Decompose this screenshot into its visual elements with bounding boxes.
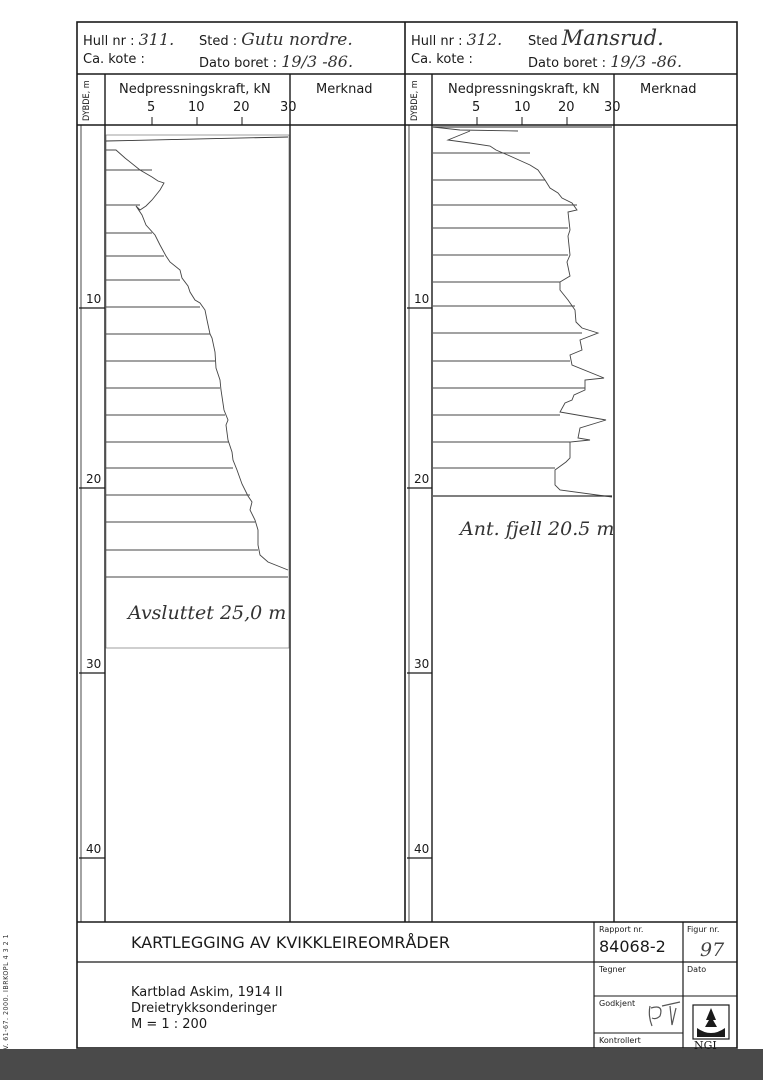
depth-tick-20: 20 [414,472,429,486]
hole-number-value: 311. [139,30,175,49]
depth-axis-label: DYBDE, m [410,80,420,121]
site-name: Mansrud. [562,26,664,50]
site-name: Gutu nordre. [241,30,353,50]
approval-signature [649,1002,680,1026]
date-label: Dato boret : [199,56,277,71]
ngi-logo-icon [693,1005,729,1039]
force-axis-label: Nedpressningskraft, kN [448,82,600,97]
project-title: KARTLEGGING AV KVIKKLEIREOMRÅDER [131,933,450,952]
drawing-frame [0,0,763,1080]
force-axis-label: Nedpressningskraft, kN [119,82,271,97]
depth-axis-label: DYBDE, m [82,80,92,121]
depth-tick-10: 10 [86,292,101,306]
depth-tick-20: 20 [86,472,101,486]
remarks-label: Merknad [640,82,697,97]
hole-311-date: Dato boret : 19/3 -86. [199,52,353,71]
remarks-label: Merknad [316,82,373,97]
hole-311-trace [106,135,289,648]
drawn-by-label: Tegner [599,965,626,974]
date-value: 19/3 -86. [610,52,682,71]
report-number: 84068-2 [599,937,666,956]
date-value: 19/3 -86. [281,52,353,71]
force-tick-5: 5 [147,100,155,115]
elevation-label: Ca. kote : [83,52,145,67]
site-label: Sted : [199,34,237,49]
figure-number-label: Figur nr. [687,925,719,934]
force-tick-10: 10 [188,100,205,115]
depth-tick-40: 40 [86,842,101,856]
hole-311-header: Hull nr : 311. [83,30,174,49]
force-tick-30: 30 [604,100,621,115]
bottom-bar [0,1049,763,1080]
hole-312-date: Dato boret : 19/3 -86. [528,52,682,71]
site-label: Sted [528,34,558,49]
force-tick-30: 30 [280,100,297,115]
hole-312-trace [433,127,612,497]
hole-number-value: 312. [467,30,503,49]
description-line-1: Kartblad Askim, 1914 II [131,985,283,1000]
elevation-label: Ca. kote : [411,52,473,67]
depth-tick-10: 10 [414,292,429,306]
force-tick-10: 10 [514,100,531,115]
force-tick-5: 5 [472,100,480,115]
date-label: Dato [687,965,706,974]
description-line-2: Dreietrykksonderinger [131,1001,277,1016]
figure-number: 97 [700,939,724,961]
hole-312-site: Sted Mansrud. [528,26,664,50]
hole-number-label: Hull nr : [83,34,134,49]
hole-312-end-note: Ant. fjell 20.5 m [460,518,614,540]
hole-311-end-note: Avsluttet 25,0 m [128,602,286,624]
depth-tick-30: 30 [86,657,101,671]
report-number-label: Rapport nr. [599,925,643,934]
depth-tick-30: 30 [414,657,429,671]
hole-312-header: Hull nr : 312. [411,30,502,49]
hole-311-site: Sted : Gutu nordre. [199,30,353,50]
checked-label: Kontrollert [599,1036,641,1045]
hole-number-label: Hull nr : [411,34,462,49]
depth-tick-40: 40 [414,842,429,856]
approved-label: Godkjent [599,999,635,1008]
force-tick-20: 20 [558,100,575,115]
date-label: Dato boret : [528,56,606,71]
description-line-3: M = 1 : 200 [131,1017,207,1032]
print-code: OV. 61-67. 2000. IBRKOPL 4 3 2 1 [2,934,10,1055]
force-tick-20: 20 [233,100,250,115]
